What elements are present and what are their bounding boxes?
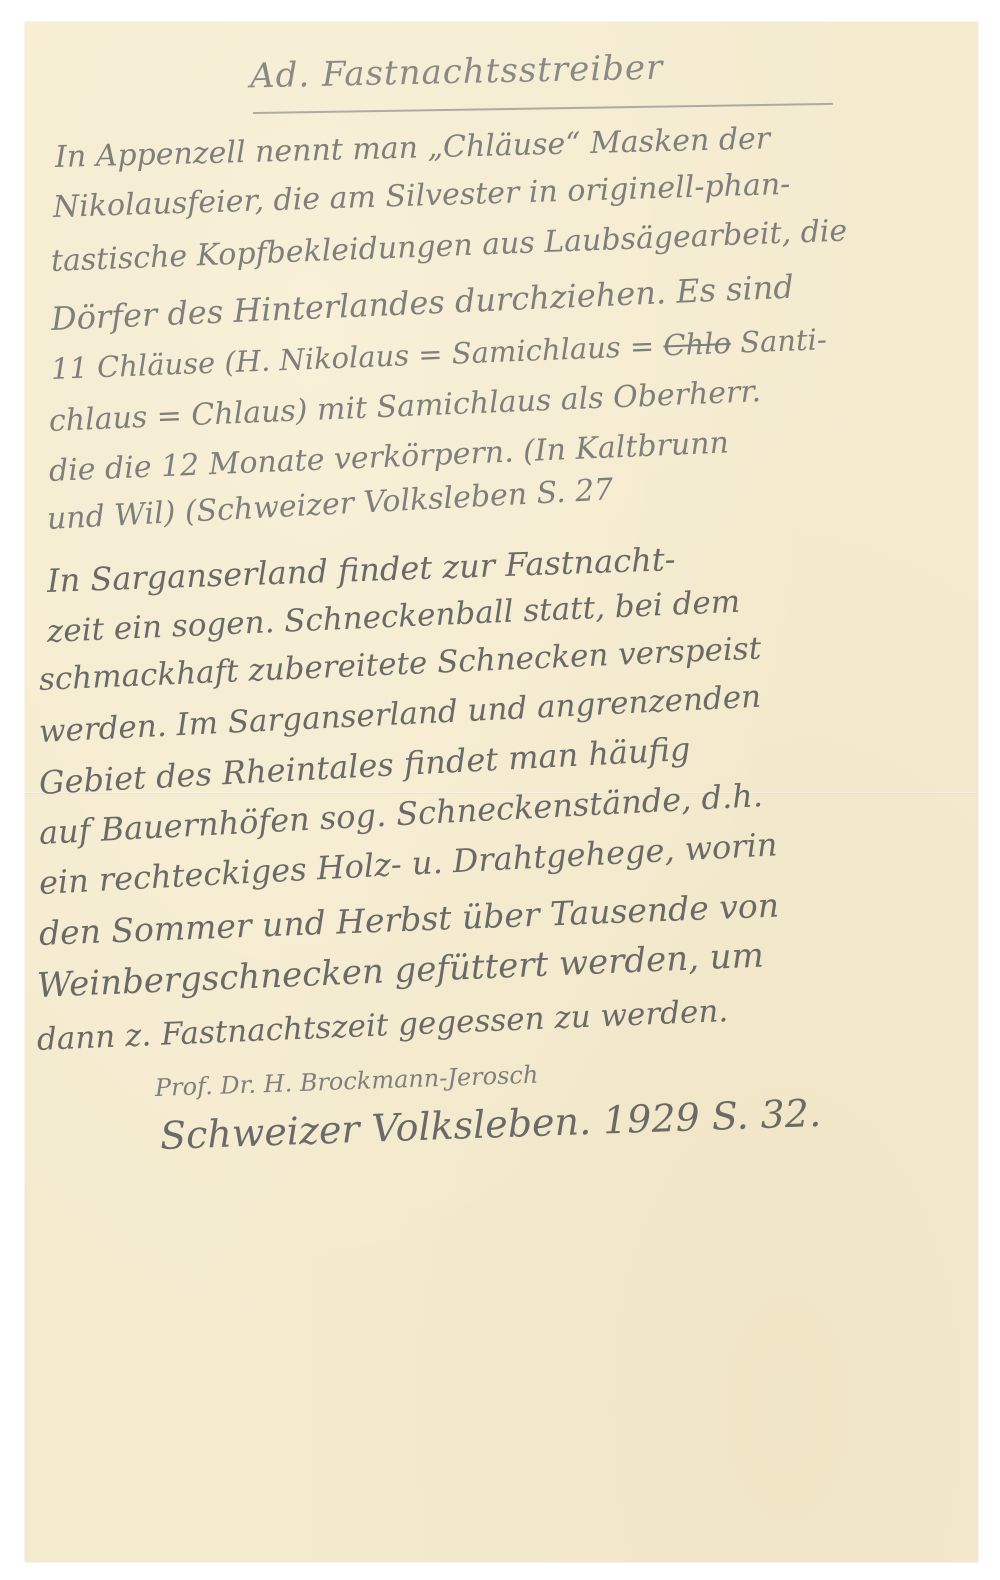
author-citation: Prof. Dr. H. Brockmann-Jerosch [155, 1061, 539, 1102]
document-title: Ad. Fastnachtsstreiber [250, 48, 664, 97]
line-text: 11 Chläuse (H. Nikolaus = Samichlaus = [50, 328, 664, 385]
handwritten-line: In Appenzell nennt man „Chläuse“ Masken … [55, 121, 771, 175]
handwritten-line: Nikolausfeier, die am Silvester in origi… [52, 167, 790, 225]
struck-word: Chlo [663, 326, 732, 363]
line-text: Santi- [730, 322, 827, 360]
handwritten-line: tastische Kopfbekleidungen aus Laubsägea… [50, 213, 847, 279]
handwritten-line: dann z. Fastnachtszeit gegessen zu werde… [36, 993, 729, 1058]
title-underline [253, 103, 833, 114]
document-page: Ad. Fastnachtsstreiber In Appenzell nenn… [25, 22, 978, 1562]
source-citation: Schweizer Volksleben. 1929 S. 32. [159, 1091, 822, 1158]
handwritten-line: die die 12 Monate verkörpern. (In Kaltbr… [48, 426, 729, 489]
